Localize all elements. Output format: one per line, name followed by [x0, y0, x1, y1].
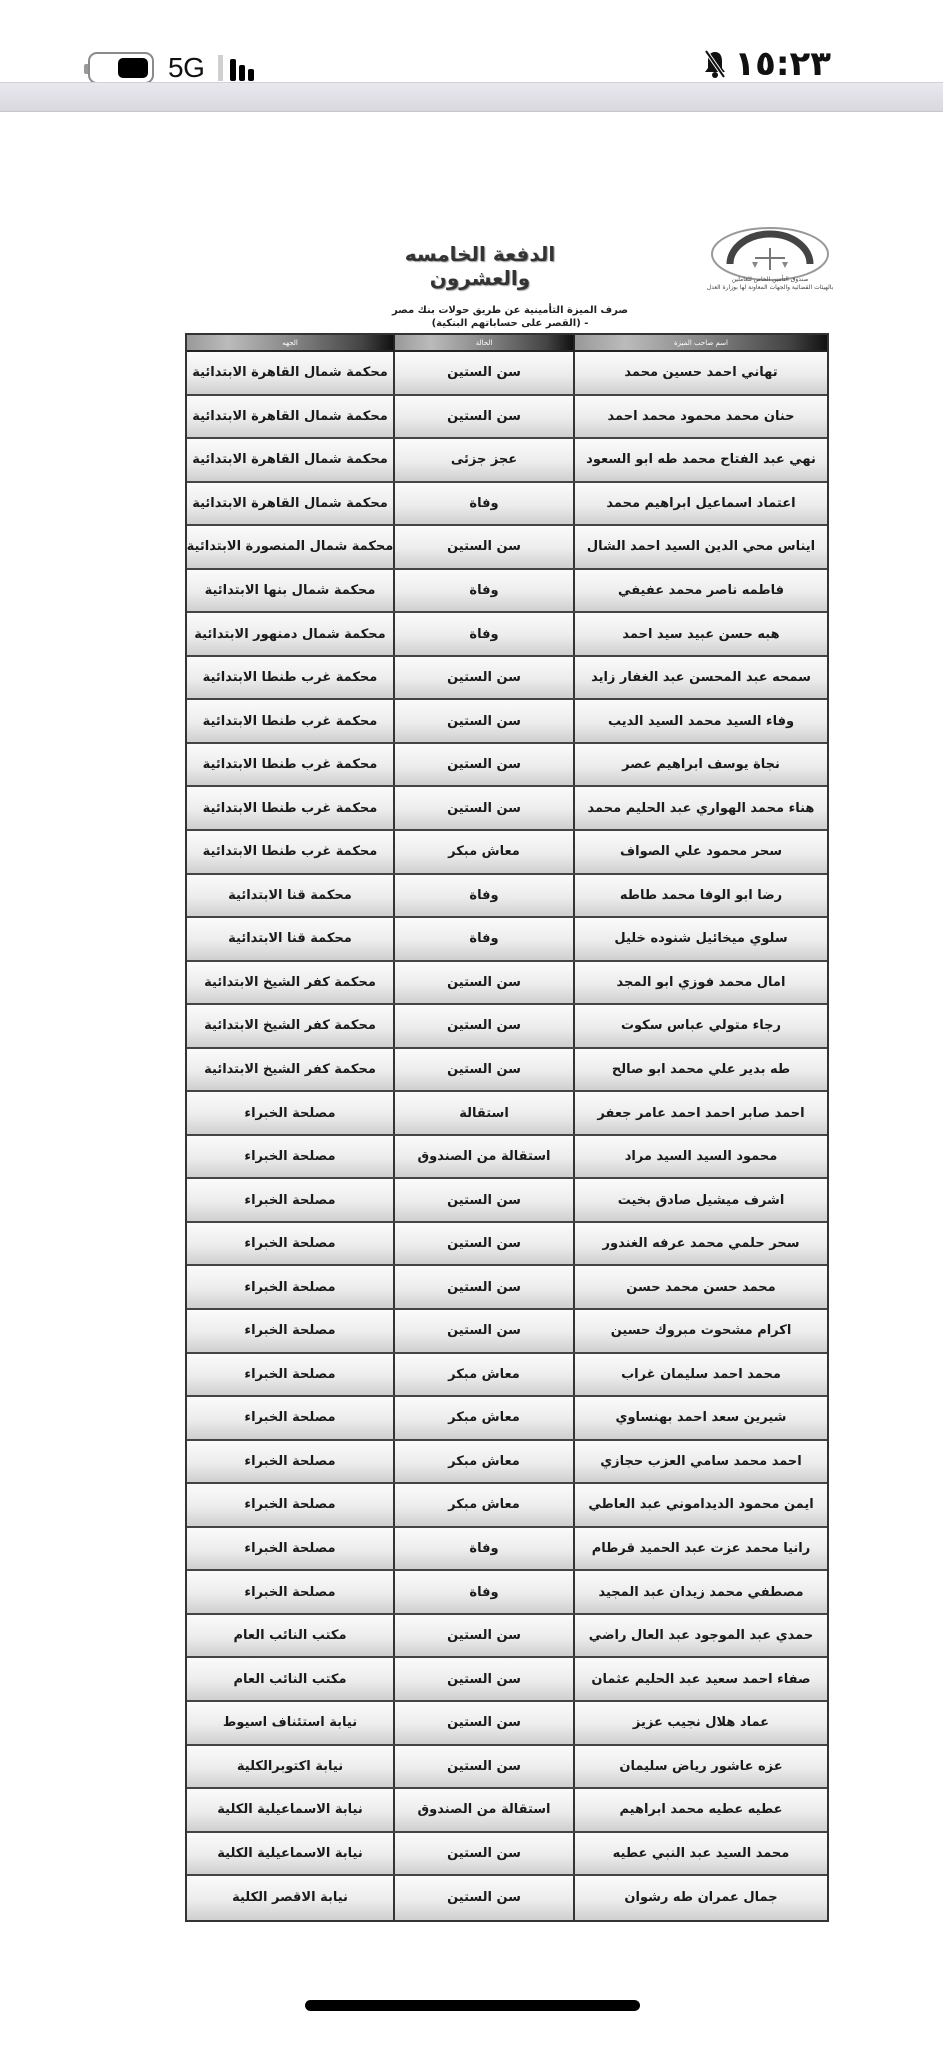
cell-entity: محكمة غرب طنطا الابتدائية [187, 700, 393, 742]
cell-status: سن الستين [393, 1223, 573, 1265]
cell-status: استقالة [393, 1092, 573, 1134]
cell-status: سن الستين [393, 352, 573, 394]
cell-name: رانيا محمد عزت عبد الحميد قرطام [573, 1528, 827, 1570]
cell-name: ايمن محمود الديداموني عبد العاطي [573, 1484, 827, 1526]
table-row: احمد محمد سامي العزب حجازيمعاش مبكرمصلحة… [187, 1441, 827, 1485]
cell-name: نجاة يوسف ابراهيم عصر [573, 744, 827, 786]
cell-entity: محكمة غرب طنطا الابتدائية [187, 787, 393, 829]
clock: ١٥:٢٣ [734, 44, 831, 84]
cell-entity: مصلحة الخبراء [187, 1266, 393, 1308]
cell-status: سن الستين [393, 787, 573, 829]
cell-entity: مصلحة الخبراء [187, 1484, 393, 1526]
cell-status: سن الستين [393, 1876, 573, 1920]
cell-entity: محكمة شمال القاهرة الابتدائية [187, 352, 393, 394]
cell-status: سن الستين [393, 1179, 573, 1221]
status-left: 5G [88, 52, 254, 84]
bell-slash-icon [704, 49, 726, 79]
cell-status: سن الستين [393, 526, 573, 568]
cell-status: وفاة [393, 1528, 573, 1570]
table-row: طه بدير علي محمد ابو صالحسن الستينمحكمة … [187, 1049, 827, 1093]
table-row: سلوي ميخائيل شنوده خليلوفاةمحكمة قنا الا… [187, 918, 827, 962]
table-row: محمد حسن محمد حسنسن الستينمصلحة الخبراء [187, 1266, 827, 1310]
cell-status: سن الستين [393, 1702, 573, 1744]
cell-entity: محكمة شمال القاهرة الابتدائية [187, 483, 393, 525]
table-row: اكرام مشحوت مبروك حسينسن الستينمصلحة الخ… [187, 1310, 827, 1354]
cell-name: محمد احمد سليمان غراب [573, 1354, 827, 1396]
cell-status: سن الستين [393, 1310, 573, 1352]
cell-status: معاش مبكر [393, 1441, 573, 1483]
cell-entity: مصلحة الخبراء [187, 1528, 393, 1570]
table-row: سحر حلمي محمد عرفه الغندورسن الستينمصلحة… [187, 1223, 827, 1267]
cell-entity: مصلحة الخبراء [187, 1092, 393, 1134]
cell-name: محمد حسن محمد حسن [573, 1266, 827, 1308]
table-row: محمد احمد سليمان غرابمعاش مبكرمصلحة الخب… [187, 1354, 827, 1398]
status-right: ١٥:٢٣ [704, 44, 831, 84]
cell-entity: محكمة كفر الشيخ الابتدائية [187, 962, 393, 1004]
table-row: امال محمد فوزي ابو المجدسن الستينمحكمة ك… [187, 962, 827, 1006]
cell-name: احمد صابر احمد احمد عامر جعفر [573, 1092, 827, 1134]
table-row: هناء محمد الهواري عبد الحليم محمدسن الست… [187, 787, 827, 831]
cell-entity: محكمة شمال بنها الابتدائية [187, 570, 393, 612]
cell-entity: محكمة كفر الشيخ الابتدائية [187, 1005, 393, 1047]
table-row: عزه عاشور رياض سليمانسن الستيننيابة اكتو… [187, 1746, 827, 1790]
header-entity: الجهه [187, 335, 393, 350]
network-type-label: 5G [168, 52, 204, 84]
cell-entity: نيابة الاسماعيلية الكلية [187, 1789, 393, 1831]
cell-entity: مصلحة الخبراء [187, 1310, 393, 1352]
table-row: تهاني احمد حسين محمدسن الستينمحكمة شمال … [187, 352, 827, 396]
cell-status: وفاة [393, 613, 573, 655]
cell-name: حمدي عبد الموجود عبد العال راضي [573, 1615, 827, 1657]
table-row: جمال عمران طه رشوانسن الستيننيابة الاقصر… [187, 1876, 827, 1920]
cell-status: استقالة من الصندوق [393, 1136, 573, 1178]
cell-entity: نيابة الاقصر الكلية [187, 1876, 393, 1920]
cell-name: جمال عمران طه رشوان [573, 1876, 827, 1920]
cell-entity: مصلحة الخبراء [187, 1179, 393, 1221]
table-row: رضا ابو الوفا محمد طاطهوفاةمحكمة قنا الا… [187, 875, 827, 919]
table-row: ايمن محمود الديداموني عبد العاطيمعاش مبك… [187, 1484, 827, 1528]
table-row: هبه حسن عبيد سيد احمدوفاةمحكمة شمال دمنه… [187, 613, 827, 657]
cell-entity: محكمة شمال دمنهور الابتدائية [187, 613, 393, 655]
cell-status: سن الستين [393, 1658, 573, 1700]
cell-entity: نيابة اكتوبرالكلية [187, 1746, 393, 1788]
cell-name: ايناس محي الدين السيد احمد الشال [573, 526, 827, 568]
beneficiaries-table: اسم صاحب الميزة الحالة الجهه تهاني احمد … [185, 333, 829, 1922]
cell-name: وفاء السيد محمد السيد الديب [573, 700, 827, 742]
cell-status: سن الستين [393, 1746, 573, 1788]
cell-entity: نيابة استئناف اسيوط [187, 1702, 393, 1744]
cell-entity: مصلحة الخبراء [187, 1354, 393, 1396]
cell-name: صفاء احمد سعيد عبد الحليم عثمان [573, 1658, 827, 1700]
status-bar: 5G ١٥:٢٣ [0, 0, 943, 82]
cell-status: سن الستين [393, 1049, 573, 1091]
cell-name: هناء محمد الهواري عبد الحليم محمد [573, 787, 827, 829]
cell-name: سحر حلمي محمد عرفه الغندور [573, 1223, 827, 1265]
cell-entity: محكمة شمال القاهرة الابتدائية [187, 439, 393, 481]
table-row: نهي عبد الفتاح محمد طه ابو السعودعجز جزئ… [187, 439, 827, 483]
cell-name: سمحه عبد المحسن عبد الغفار زايد [573, 657, 827, 699]
cell-entity: مكتب النائب العام [187, 1658, 393, 1700]
cell-entity: مكتب النائب العام [187, 1615, 393, 1657]
cell-name: رضا ابو الوفا محمد طاطه [573, 875, 827, 917]
emblem-logo-icon [700, 224, 840, 306]
cell-status: معاش مبكر [393, 831, 573, 873]
home-indicator[interactable] [305, 2000, 640, 2011]
table-row: اشرف ميشيل صادق بخيتسن الستينمصلحة الخبر… [187, 1179, 827, 1223]
table-row: وفاء السيد محمد السيد الديبسن الستينمحكم… [187, 700, 827, 744]
cell-entity: محكمة كفر الشيخ الابتدائية [187, 1049, 393, 1091]
cell-status: وفاة [393, 875, 573, 917]
cell-name: عماد هلال نجيب عزيز [573, 1702, 827, 1744]
document-page[interactable]: الدفعة الخامسه والعشرون صندوق التأمين ال… [0, 112, 943, 2012]
cell-name: امال محمد فوزي ابو المجد [573, 962, 827, 1004]
table-row: شيرين سعد احمد بهنساويمعاش مبكرمصلحة الخ… [187, 1397, 827, 1441]
cell-status: وفاة [393, 1571, 573, 1613]
cell-entity: مصلحة الخبراء [187, 1571, 393, 1613]
cell-status: سن الستين [393, 1615, 573, 1657]
cell-entity: محكمة قنا الابتدائية [187, 875, 393, 917]
table-row: صفاء احمد سعيد عبد الحليم عثمانسن الستين… [187, 1658, 827, 1702]
header-name: اسم صاحب الميزة [573, 335, 827, 350]
table-row: عطيه عطيه محمد ابراهيماستقالة من الصندوق… [187, 1789, 827, 1833]
table-row: رانيا محمد عزت عبد الحميد قرطاموفاةمصلحة… [187, 1528, 827, 1572]
cell-entity: محكمة شمال القاهرة الابتدائية [187, 396, 393, 438]
cell-status: سن الستين [393, 744, 573, 786]
battery-icon [88, 52, 154, 84]
cell-name: رجاء متولي عباس سكوت [573, 1005, 827, 1047]
cell-entity: مصلحة الخبراء [187, 1136, 393, 1178]
cell-name: مصطفي محمد زيدان عبد المجيد [573, 1571, 827, 1613]
signal-bars-icon [218, 55, 254, 81]
table-row: عماد هلال نجيب عزيزسن الستيننيابة استئنا… [187, 1702, 827, 1746]
table-row: رجاء متولي عباس سكوتسن الستينمحكمة كفر ا… [187, 1005, 827, 1049]
cell-name: احمد محمد سامي العزب حجازي [573, 1441, 827, 1483]
cell-entity: مصلحة الخبراء [187, 1223, 393, 1265]
cell-name: تهاني احمد حسين محمد [573, 352, 827, 394]
table-row: احمد صابر احمد احمد عامر جعفراستقالةمصلح… [187, 1092, 827, 1136]
subtitle: صرف الميزة التأمينية عن طريق حولات بنك م… [380, 304, 640, 330]
page-title: الدفعة الخامسه والعشرون [360, 242, 600, 290]
cell-name: اعتماد اسماعيل ابراهيم محمد [573, 483, 827, 525]
cell-name: عطيه عطيه محمد ابراهيم [573, 1789, 827, 1831]
cell-status: سن الستين [393, 657, 573, 699]
logo-caption: صندوق التأمين الخاص للعاملين بالهيئات ال… [690, 276, 850, 292]
toolbar-strip [0, 82, 943, 112]
table-row: محمود السيد السيد مراداستقالة من الصندوق… [187, 1136, 827, 1180]
table-row: حنان محمد محمود محمد احمدسن الستينمحكمة … [187, 396, 827, 440]
cell-entity: محكمة قنا الابتدائية [187, 918, 393, 960]
cell-status: وفاة [393, 570, 573, 612]
cell-name: سحر محمود علي الصواف [573, 831, 827, 873]
table-header: اسم صاحب الميزة الحالة الجهه [187, 335, 827, 352]
table-row: ايناس محي الدين السيد احمد الشالسن الستي… [187, 526, 827, 570]
table-row: حمدي عبد الموجود عبد العال راضيسن الستين… [187, 1615, 827, 1659]
cell-entity: مصلحة الخبراء [187, 1397, 393, 1439]
cell-name: اكرام مشحوت مبروك حسين [573, 1310, 827, 1352]
cell-status: معاش مبكر [393, 1484, 573, 1526]
cell-entity: نيابة الاسماعيلية الكلية [187, 1833, 393, 1875]
cell-name: محمد السيد عبد النبي عطيه [573, 1833, 827, 1875]
header-status: الحالة [393, 335, 573, 350]
cell-name: اشرف ميشيل صادق بخيت [573, 1179, 827, 1221]
cell-status: وفاة [393, 918, 573, 960]
cell-status: سن الستين [393, 1266, 573, 1308]
cell-status: عجز جزئى [393, 439, 573, 481]
table-row: محمد السيد عبد النبي عطيهسن الستيننيابة … [187, 1833, 827, 1877]
cell-entity: محكمة غرب طنطا الابتدائية [187, 744, 393, 786]
cell-name: حنان محمد محمود محمد احمد [573, 396, 827, 438]
cell-entity: محكمة شمال المنصورة الابتدائية [187, 526, 393, 568]
table-row: اعتماد اسماعيل ابراهيم محمدوفاةمحكمة شما… [187, 483, 827, 527]
cell-name: سلوي ميخائيل شنوده خليل [573, 918, 827, 960]
cell-status: معاش مبكر [393, 1397, 573, 1439]
table-row: مصطفي محمد زيدان عبد المجيدوفاةمصلحة الخ… [187, 1571, 827, 1615]
cell-entity: محكمة غرب طنطا الابتدائية [187, 831, 393, 873]
table-body: تهاني احمد حسين محمدسن الستينمحكمة شمال … [187, 352, 827, 1920]
cell-name: فاطمه ناصر محمد عفيفي [573, 570, 827, 612]
cell-name: عزه عاشور رياض سليمان [573, 1746, 827, 1788]
table-row: سمحه عبد المحسن عبد الغفار زايدسن الستين… [187, 657, 827, 701]
cell-status: سن الستين [393, 1005, 573, 1047]
cell-status: معاش مبكر [393, 1354, 573, 1396]
cell-name: محمود السيد السيد مراد [573, 1136, 827, 1178]
cell-name: نهي عبد الفتاح محمد طه ابو السعود [573, 439, 827, 481]
cell-status: سن الستين [393, 962, 573, 1004]
table-row: نجاة يوسف ابراهيم عصرسن الستينمحكمة غرب … [187, 744, 827, 788]
cell-status: سن الستين [393, 396, 573, 438]
table-row: سحر محمود علي الصوافمعاش مبكرمحكمة غرب ط… [187, 831, 827, 875]
cell-entity: محكمة غرب طنطا الابتدائية [187, 657, 393, 699]
cell-status: استقالة من الصندوق [393, 1789, 573, 1831]
cell-status: سن الستين [393, 700, 573, 742]
table-row: فاطمه ناصر محمد عفيفيوفاةمحكمة شمال بنها… [187, 570, 827, 614]
cell-status: وفاة [393, 483, 573, 525]
cell-name: طه بدير علي محمد ابو صالح [573, 1049, 827, 1091]
cell-status: سن الستين [393, 1833, 573, 1875]
cell-name: شيرين سعد احمد بهنساوي [573, 1397, 827, 1439]
cell-entity: مصلحة الخبراء [187, 1441, 393, 1483]
cell-name: هبه حسن عبيد سيد احمد [573, 613, 827, 655]
